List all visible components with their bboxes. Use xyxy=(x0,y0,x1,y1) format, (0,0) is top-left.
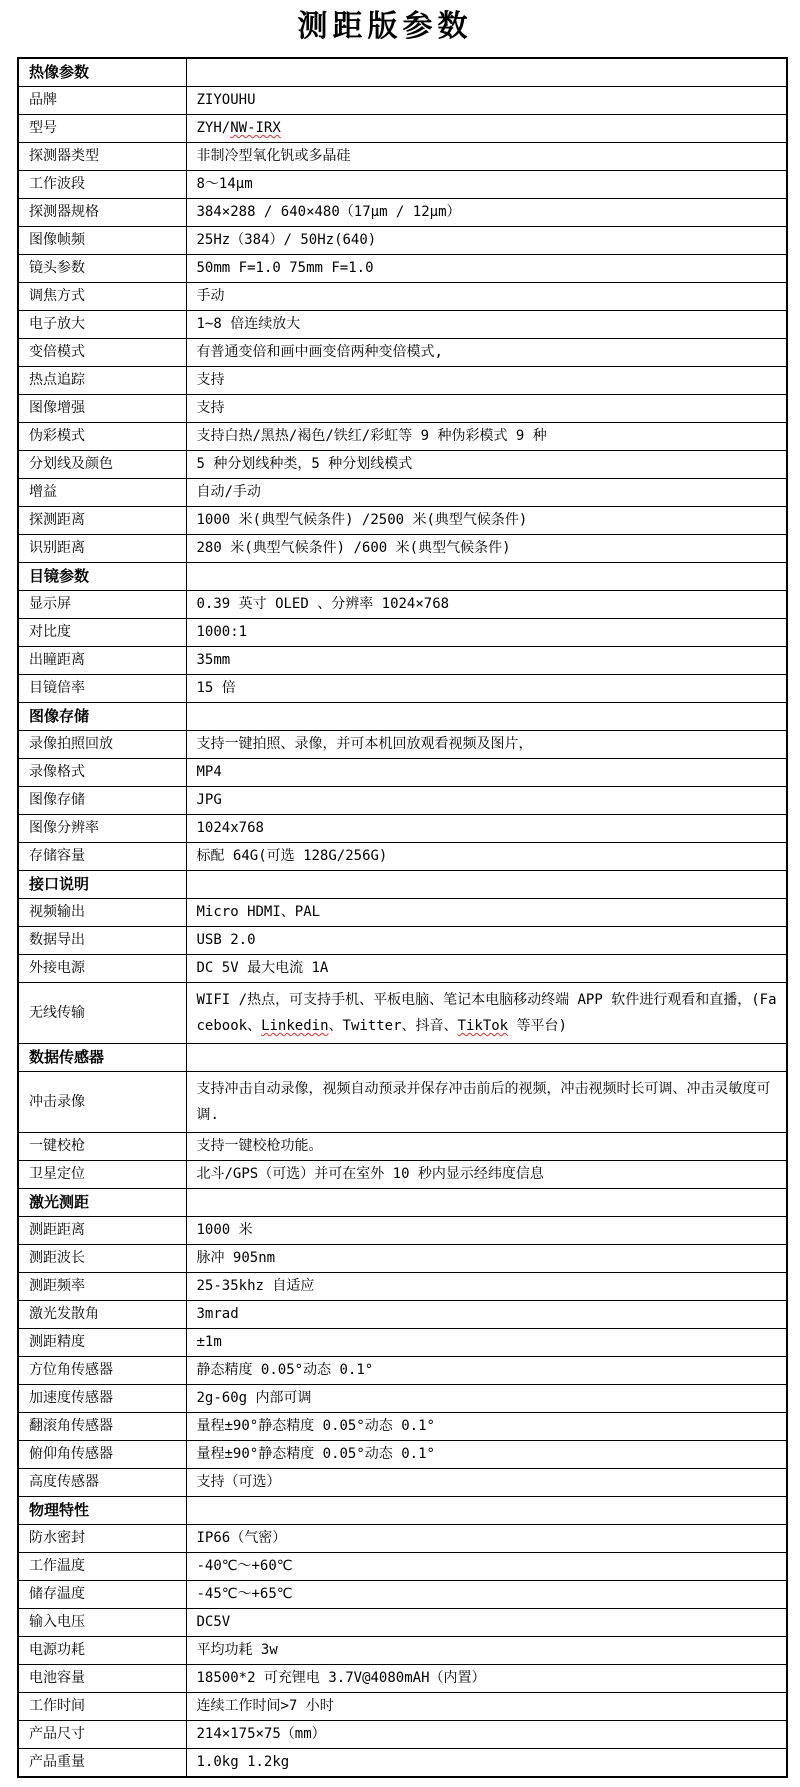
spec-row: 工作时间连续工作时间>7 小时 xyxy=(18,1693,787,1721)
value-text: 15 倍 xyxy=(197,680,236,696)
spec-value: -40℃～+60℃ xyxy=(186,1553,787,1581)
spec-table-body: 热像参数品牌ZIYOUHU型号ZYH/NW-IRX探测器类型非制冷型氧化钒或多晶… xyxy=(18,58,787,1777)
spec-value: 量程±90°静态精度 0.05°动态 0.1° xyxy=(186,1413,787,1441)
spec-value: 25-35khz 自适应 xyxy=(186,1273,787,1301)
spec-row: 图像增强支持 xyxy=(18,395,787,423)
value-text: 平均功耗 3w xyxy=(197,1642,278,1658)
spec-value: 1000:1 xyxy=(186,619,787,647)
spec-row: 产品尺寸214×175×75（mm） xyxy=(18,1721,787,1749)
spec-row: 翻滚角传感器量程±90°静态精度 0.05°动态 0.1° xyxy=(18,1413,787,1441)
value-text: 1000:1 xyxy=(197,624,248,640)
spec-label: 输入电压 xyxy=(18,1609,186,1637)
section-label: 激光测距 xyxy=(18,1189,186,1217)
spec-row: 储存温度-45℃～+65℃ xyxy=(18,1581,787,1609)
spec-value: 量程±90°静态精度 0.05°动态 0.1° xyxy=(186,1441,787,1469)
spec-row: 一键校枪支持一键校枪功能。 xyxy=(18,1133,787,1161)
spec-value: 有普通变倍和画中画变倍两种变倍模式, xyxy=(186,339,787,367)
spec-label: 工作时间 xyxy=(18,1693,186,1721)
spec-row: 测距波长脉冲 905nm xyxy=(18,1245,787,1273)
spec-label: 冲击录像 xyxy=(18,1072,186,1133)
spec-value: 280 米(典型气候条件) /600 米(典型气候条件) xyxy=(186,535,787,563)
spec-label: 热点追踪 xyxy=(18,367,186,395)
value-text: 连续工作时间>7 小时 xyxy=(197,1698,334,1714)
section-label: 目镜参数 xyxy=(18,563,186,591)
spec-row: 电源功耗平均功耗 3w xyxy=(18,1637,787,1665)
spec-label: 品牌 xyxy=(18,87,186,115)
value-text: Micro HDMI、PAL xyxy=(197,904,321,920)
spec-value: ZYH/NW-IRX xyxy=(186,115,787,143)
spec-row: 图像分辨率1024x768 xyxy=(18,815,787,843)
spec-row: 伪彩模式支持白热/黑热/褐色/铁红/彩虹等 9 种伪彩模式 9 种 xyxy=(18,423,787,451)
spec-label: 伪彩模式 xyxy=(18,423,186,451)
value-text: 自动/手动 xyxy=(197,484,261,500)
spec-value: IP66（气密） xyxy=(186,1525,787,1553)
spec-row: 冲击录像支持冲击自动录像，视频自动预录并保存冲击前后的视频，冲击视频时长可调、冲… xyxy=(18,1072,787,1133)
spec-value: 384×288 / 640×480（17μm / 12μm） xyxy=(186,199,787,227)
value-text: 非制冷型氧化钒或多晶硅 xyxy=(197,148,351,164)
value-text: 、Twitter、抖音、 xyxy=(329,1018,458,1034)
spec-row: 目镜倍率15 倍 xyxy=(18,675,787,703)
value-text: 量程±90°静态精度 0.05°动态 0.1° xyxy=(197,1418,435,1434)
spec-value: 支持白热/黑热/褐色/铁红/彩虹等 9 种伪彩模式 9 种 xyxy=(186,423,787,451)
value-text: 量程±90°静态精度 0.05°动态 0.1° xyxy=(197,1446,435,1462)
section-row: 激光测距 xyxy=(18,1189,787,1217)
spec-row: 卫星定位北斗/GPS（可选）并可在室外 10 秒内显示经纬度信息 xyxy=(18,1161,787,1189)
spec-value xyxy=(186,58,787,87)
spec-value: 支持一键校枪功能。 xyxy=(186,1133,787,1161)
value-text: ZYH/ xyxy=(197,120,231,136)
spec-label: 探测器类型 xyxy=(18,143,186,171)
spec-label: 工作波段 xyxy=(18,171,186,199)
spec-label: 识别距离 xyxy=(18,535,186,563)
spec-value: 50mm F=1.0 75mm F=1.0 xyxy=(186,255,787,283)
value-text: 25-35khz 自适应 xyxy=(197,1278,315,1294)
section-row: 物理特性 xyxy=(18,1497,787,1525)
spec-label: 图像分辨率 xyxy=(18,815,186,843)
value-text: 支持一键拍照、录像，并可本机回放观看视频及图片， xyxy=(197,736,533,752)
spec-value: 支持 xyxy=(186,367,787,395)
spec-row: 热点追踪支持 xyxy=(18,367,787,395)
spec-label: 对比度 xyxy=(18,619,186,647)
spec-value: 北斗/GPS（可选）并可在室外 10 秒内显示经纬度信息 xyxy=(186,1161,787,1189)
spec-row: 镜头参数50mm F=1.0 75mm F=1.0 xyxy=(18,255,787,283)
spec-value: WIFI /热点，可支持手机、平板电脑、笔记本电脑移动终端 APP 软件进行观看… xyxy=(186,983,787,1044)
spec-label: 翻滚角传感器 xyxy=(18,1413,186,1441)
spec-value: 脉冲 905nm xyxy=(186,1245,787,1273)
value-text: ZIYOUHU xyxy=(197,92,256,108)
value-text: JPG xyxy=(197,792,222,808)
spec-label: 激光发散角 xyxy=(18,1301,186,1329)
spec-value: 支持一键拍照、录像，并可本机回放观看视频及图片， xyxy=(186,731,787,759)
spec-row: 外接电源DC 5V 最大电流 1A xyxy=(18,955,787,983)
spec-value: JPG xyxy=(186,787,787,815)
spec-label: 图像增强 xyxy=(18,395,186,423)
spec-label: 图像存储 xyxy=(18,787,186,815)
spec-label: 产品重量 xyxy=(18,1749,186,1778)
spec-label: 调焦方式 xyxy=(18,283,186,311)
value-text: 0.39 英寸 OLED 、分辨率 1024×768 xyxy=(197,596,450,612)
section-label: 热像参数 xyxy=(18,58,186,87)
spec-value: MP4 xyxy=(186,759,787,787)
spec-value: 静态精度 0.05°动态 0.1° xyxy=(186,1357,787,1385)
spec-value: DC 5V 最大电流 1A xyxy=(186,955,787,983)
value-text: ±1m xyxy=(197,1334,222,1350)
value-text: 支持 xyxy=(197,400,225,416)
page: { "page": { "title": "测距版参数" }, "colors"… xyxy=(0,0,800,1787)
spec-row: 图像帧频25Hz（384）/ 50Hz(640) xyxy=(18,227,787,255)
spec-value xyxy=(186,871,787,899)
spec-label: 工作温度 xyxy=(18,1553,186,1581)
spec-row: 输入电压DC5V xyxy=(18,1609,787,1637)
spec-row: 电子放大1~8 倍连续放大 xyxy=(18,311,787,339)
spec-value: ZIYOUHU xyxy=(186,87,787,115)
spec-value: 3mrad xyxy=(186,1301,787,1329)
spec-row: 变倍模式有普通变倍和画中画变倍两种变倍模式, xyxy=(18,339,787,367)
value-text: DC5V xyxy=(197,1614,231,1630)
section-label: 图像存储 xyxy=(18,703,186,731)
value-text: 支持白热/黑热/褐色/铁红/彩虹等 9 种伪彩模式 9 种 xyxy=(197,428,547,444)
spec-row: 工作波段8～14μm xyxy=(18,171,787,199)
spec-label: 防水密封 xyxy=(18,1525,186,1553)
spec-value: 标配 64G(可选 128G/256G) xyxy=(186,843,787,871)
spec-row: 无线传输WIFI /热点，可支持手机、平板电脑、笔记本电脑移动终端 APP 软件… xyxy=(18,983,787,1044)
spec-row: 调焦方式手动 xyxy=(18,283,787,311)
spec-label: 无线传输 xyxy=(18,983,186,1044)
spec-row: 对比度1000:1 xyxy=(18,619,787,647)
spec-table: 热像参数品牌ZIYOUHU型号ZYH/NW-IRX探测器类型非制冷型氧化钒或多晶… xyxy=(17,57,788,1778)
spec-value: 手动 xyxy=(186,283,787,311)
spec-label: 显示屏 xyxy=(18,591,186,619)
spec-label: 电源功耗 xyxy=(18,1637,186,1665)
spec-label: 一键校枪 xyxy=(18,1133,186,1161)
spec-label: 探测距离 xyxy=(18,507,186,535)
spec-label: 俯仰角传感器 xyxy=(18,1441,186,1469)
spec-value: Micro HDMI、PAL xyxy=(186,899,787,927)
value-text: 5 种分划线种类，5 种分划线模式 xyxy=(197,456,413,472)
value-text: 等平台) xyxy=(508,1018,567,1034)
spec-value xyxy=(186,703,787,731)
value-text: 214×175×75（mm） xyxy=(197,1726,326,1742)
value-text: DC 5V 最大电流 1A xyxy=(197,960,329,976)
value-text: 25Hz（384）/ 50Hz(640) xyxy=(197,232,377,248)
spec-value xyxy=(186,1189,787,1217)
spec-value: 18500*2 可充锂电 3.7V@4080mAH（内置） xyxy=(186,1665,787,1693)
section-row: 目镜参数 xyxy=(18,563,787,591)
spec-label: 探测器规格 xyxy=(18,199,186,227)
value-text: 支持冲击自动录像，视频自动预录并保存冲击前后的视频，冲击视频时长可调、冲击灵敏度… xyxy=(197,1081,771,1123)
spec-row: 方位角传感器静态精度 0.05°动态 0.1° xyxy=(18,1357,787,1385)
section-label: 数据传感器 xyxy=(18,1044,186,1072)
spec-label: 产品尺寸 xyxy=(18,1721,186,1749)
spec-row: 测距频率25-35khz 自适应 xyxy=(18,1273,787,1301)
spec-value: 连续工作时间>7 小时 xyxy=(186,1693,787,1721)
spec-row: 俯仰角传感器量程±90°静态精度 0.05°动态 0.1° xyxy=(18,1441,787,1469)
spec-value: 1.0kg 1.2kg xyxy=(186,1749,787,1778)
spec-label: 镜头参数 xyxy=(18,255,186,283)
spec-label: 外接电源 xyxy=(18,955,186,983)
spec-label: 视频输出 xyxy=(18,899,186,927)
section-label: 物理特性 xyxy=(18,1497,186,1525)
spec-row: 识别距离280 米(典型气候条件) /600 米(典型气候条件) xyxy=(18,535,787,563)
section-label: 接口说明 xyxy=(18,871,186,899)
value-text: -45℃～+65℃ xyxy=(197,1586,293,1602)
spec-label: 图像帧频 xyxy=(18,227,186,255)
spec-label: 变倍模式 xyxy=(18,339,186,367)
spec-row: 测距距离1000 米 xyxy=(18,1217,787,1245)
spec-label: 目镜倍率 xyxy=(18,675,186,703)
spec-value: 支持 xyxy=(186,395,787,423)
section-row: 接口说明 xyxy=(18,871,787,899)
spec-value: 2g-60g 内部可调 xyxy=(186,1385,787,1413)
spec-row: 数据导出USB 2.0 xyxy=(18,927,787,955)
spec-label: 加速度传感器 xyxy=(18,1385,186,1413)
spec-value: 214×175×75（mm） xyxy=(186,1721,787,1749)
spec-row: 增益自动/手动 xyxy=(18,479,787,507)
spec-label: 高度传感器 xyxy=(18,1469,186,1497)
value-text: 有普通变倍和画中画变倍两种变倍模式, xyxy=(197,344,443,360)
spec-row: 激光发散角3mrad xyxy=(18,1301,787,1329)
spec-label: 数据导出 xyxy=(18,927,186,955)
spec-row: 产品重量1.0kg 1.2kg xyxy=(18,1749,787,1778)
spec-row: 探测器规格384×288 / 640×480（17μm / 12μm） xyxy=(18,199,787,227)
value-text: 手动 xyxy=(197,288,225,304)
value-text: -40℃～+60℃ xyxy=(197,1558,293,1574)
spec-value xyxy=(186,1044,787,1072)
spec-label: 测距频率 xyxy=(18,1273,186,1301)
value-text: 18500*2 可充锂电 3.7V@4080mAH（内置） xyxy=(197,1670,486,1686)
spec-row: 工作温度-40℃～+60℃ xyxy=(18,1553,787,1581)
spec-value: 0.39 英寸 OLED 、分辨率 1024×768 xyxy=(186,591,787,619)
spec-value: ±1m xyxy=(186,1329,787,1357)
value-text: 384×288 / 640×480（17μm / 12μm） xyxy=(197,204,461,220)
spec-value: 15 倍 xyxy=(186,675,787,703)
spec-label: 分划线及颜色 xyxy=(18,451,186,479)
value-text: 1024x768 xyxy=(197,820,264,836)
spec-label: 录像拍照回放 xyxy=(18,731,186,759)
value-text: 支持（可选） xyxy=(197,1474,281,1490)
value-text: 1000 米 xyxy=(197,1222,253,1238)
spec-row: 图像存储JPG xyxy=(18,787,787,815)
spec-row: 防水密封IP66（气密） xyxy=(18,1525,787,1553)
spec-label: 测距精度 xyxy=(18,1329,186,1357)
spec-row: 录像格式MP4 xyxy=(18,759,787,787)
value-text: 支持一键校枪功能。 xyxy=(197,1138,323,1154)
value-text: 50mm F=1.0 75mm F=1.0 xyxy=(197,260,374,276)
value-text: 2g-60g 内部可调 xyxy=(197,1390,312,1406)
value-text: 1.0kg 1.2kg xyxy=(197,1754,290,1770)
spec-value xyxy=(186,1497,787,1525)
spec-value: 支持冲击自动录像，视频自动预录并保存冲击前后的视频，冲击视频时长可调、冲击灵敏度… xyxy=(186,1072,787,1133)
spec-row: 分划线及颜色5 种分划线种类，5 种分划线模式 xyxy=(18,451,787,479)
spec-value: 8～14μm xyxy=(186,171,787,199)
spec-row: 电池容量18500*2 可充锂电 3.7V@4080mAH（内置） xyxy=(18,1665,787,1693)
value-text: 1~8 倍连续放大 xyxy=(197,316,301,332)
value-text: 脉冲 905nm xyxy=(197,1250,276,1266)
value-text: MP4 xyxy=(197,764,222,780)
spec-label: 存储容量 xyxy=(18,843,186,871)
value-text: 1000 米(典型气候条件) /2500 米(典型气候条件) xyxy=(197,512,528,528)
spec-row: 高度传感器支持（可选） xyxy=(18,1469,787,1497)
page-title: 测距版参数 xyxy=(0,2,800,52)
spec-row: 录像拍照回放支持一键拍照、录像，并可本机回放观看视频及图片， xyxy=(18,731,787,759)
spec-value: 自动/手动 xyxy=(186,479,787,507)
section-row: 数据传感器 xyxy=(18,1044,787,1072)
value-text: USB 2.0 xyxy=(197,932,256,948)
spec-label: 测距距离 xyxy=(18,1217,186,1245)
spec-label: 电子放大 xyxy=(18,311,186,339)
value-text: 3mrad xyxy=(197,1306,239,1322)
spec-label: 方位角传感器 xyxy=(18,1357,186,1385)
spec-value: 35mm xyxy=(186,647,787,675)
value-text: 8～14μm xyxy=(197,176,253,192)
section-row: 热像参数 xyxy=(18,58,787,87)
spec-row: 测距精度±1m xyxy=(18,1329,787,1357)
spec-row: 探测器类型非制冷型氧化钒或多晶硅 xyxy=(18,143,787,171)
value-text: 标配 64G(可选 128G/256G) xyxy=(197,848,388,864)
spellcheck-wavy-underline: NW-IRX xyxy=(230,120,281,136)
spec-row: 显示屏0.39 英寸 OLED 、分辨率 1024×768 xyxy=(18,591,787,619)
value-text: 静态精度 0.05°动态 0.1° xyxy=(197,1362,374,1378)
spec-value: 1000 米(典型气候条件) /2500 米(典型气候条件) xyxy=(186,507,787,535)
spec-row: 存储容量标配 64G(可选 128G/256G) xyxy=(18,843,787,871)
spec-label: 卫星定位 xyxy=(18,1161,186,1189)
spellcheck-wavy-underline: TikTok xyxy=(458,1018,509,1034)
spec-value: DC5V xyxy=(186,1609,787,1637)
value-text: 280 米(典型气候条件) /600 米(典型气候条件) xyxy=(197,540,511,556)
spec-row: 探测距离1000 米(典型气候条件) /2500 米(典型气候条件) xyxy=(18,507,787,535)
spec-value: 1024x768 xyxy=(186,815,787,843)
spec-row: 加速度传感器2g-60g 内部可调 xyxy=(18,1385,787,1413)
spec-row: 出瞳距离35mm xyxy=(18,647,787,675)
value-text: IP66（气密） xyxy=(197,1530,287,1546)
spec-row: 型号ZYH/NW-IRX xyxy=(18,115,787,143)
spec-value: 25Hz（384）/ 50Hz(640) xyxy=(186,227,787,255)
spec-value: 非制冷型氧化钒或多晶硅 xyxy=(186,143,787,171)
spec-value: USB 2.0 xyxy=(186,927,787,955)
value-text: 支持 xyxy=(197,372,225,388)
section-row: 图像存储 xyxy=(18,703,787,731)
spec-label: 录像格式 xyxy=(18,759,186,787)
spec-row: 品牌ZIYOUHU xyxy=(18,87,787,115)
spec-value: 1000 米 xyxy=(186,1217,787,1245)
value-text: 北斗/GPS（可选）并可在室外 10 秒内显示经纬度信息 xyxy=(197,1166,544,1182)
spellcheck-wavy-underline: Linkedin xyxy=(261,1018,328,1034)
spec-label: 增益 xyxy=(18,479,186,507)
value-text: 35mm xyxy=(197,652,231,668)
spec-row: 视频输出Micro HDMI、PAL xyxy=(18,899,787,927)
spec-label: 电池容量 xyxy=(18,1665,186,1693)
spec-value: 5 种分划线种类，5 种分划线模式 xyxy=(186,451,787,479)
spec-value: 平均功耗 3w xyxy=(186,1637,787,1665)
spec-value: 1~8 倍连续放大 xyxy=(186,311,787,339)
spec-value: -45℃～+65℃ xyxy=(186,1581,787,1609)
spec-label: 储存温度 xyxy=(18,1581,186,1609)
spec-label: 测距波长 xyxy=(18,1245,186,1273)
spec-label: 出瞳距离 xyxy=(18,647,186,675)
spec-label: 型号 xyxy=(18,115,186,143)
spec-value xyxy=(186,563,787,591)
spec-value: 支持（可选） xyxy=(186,1469,787,1497)
